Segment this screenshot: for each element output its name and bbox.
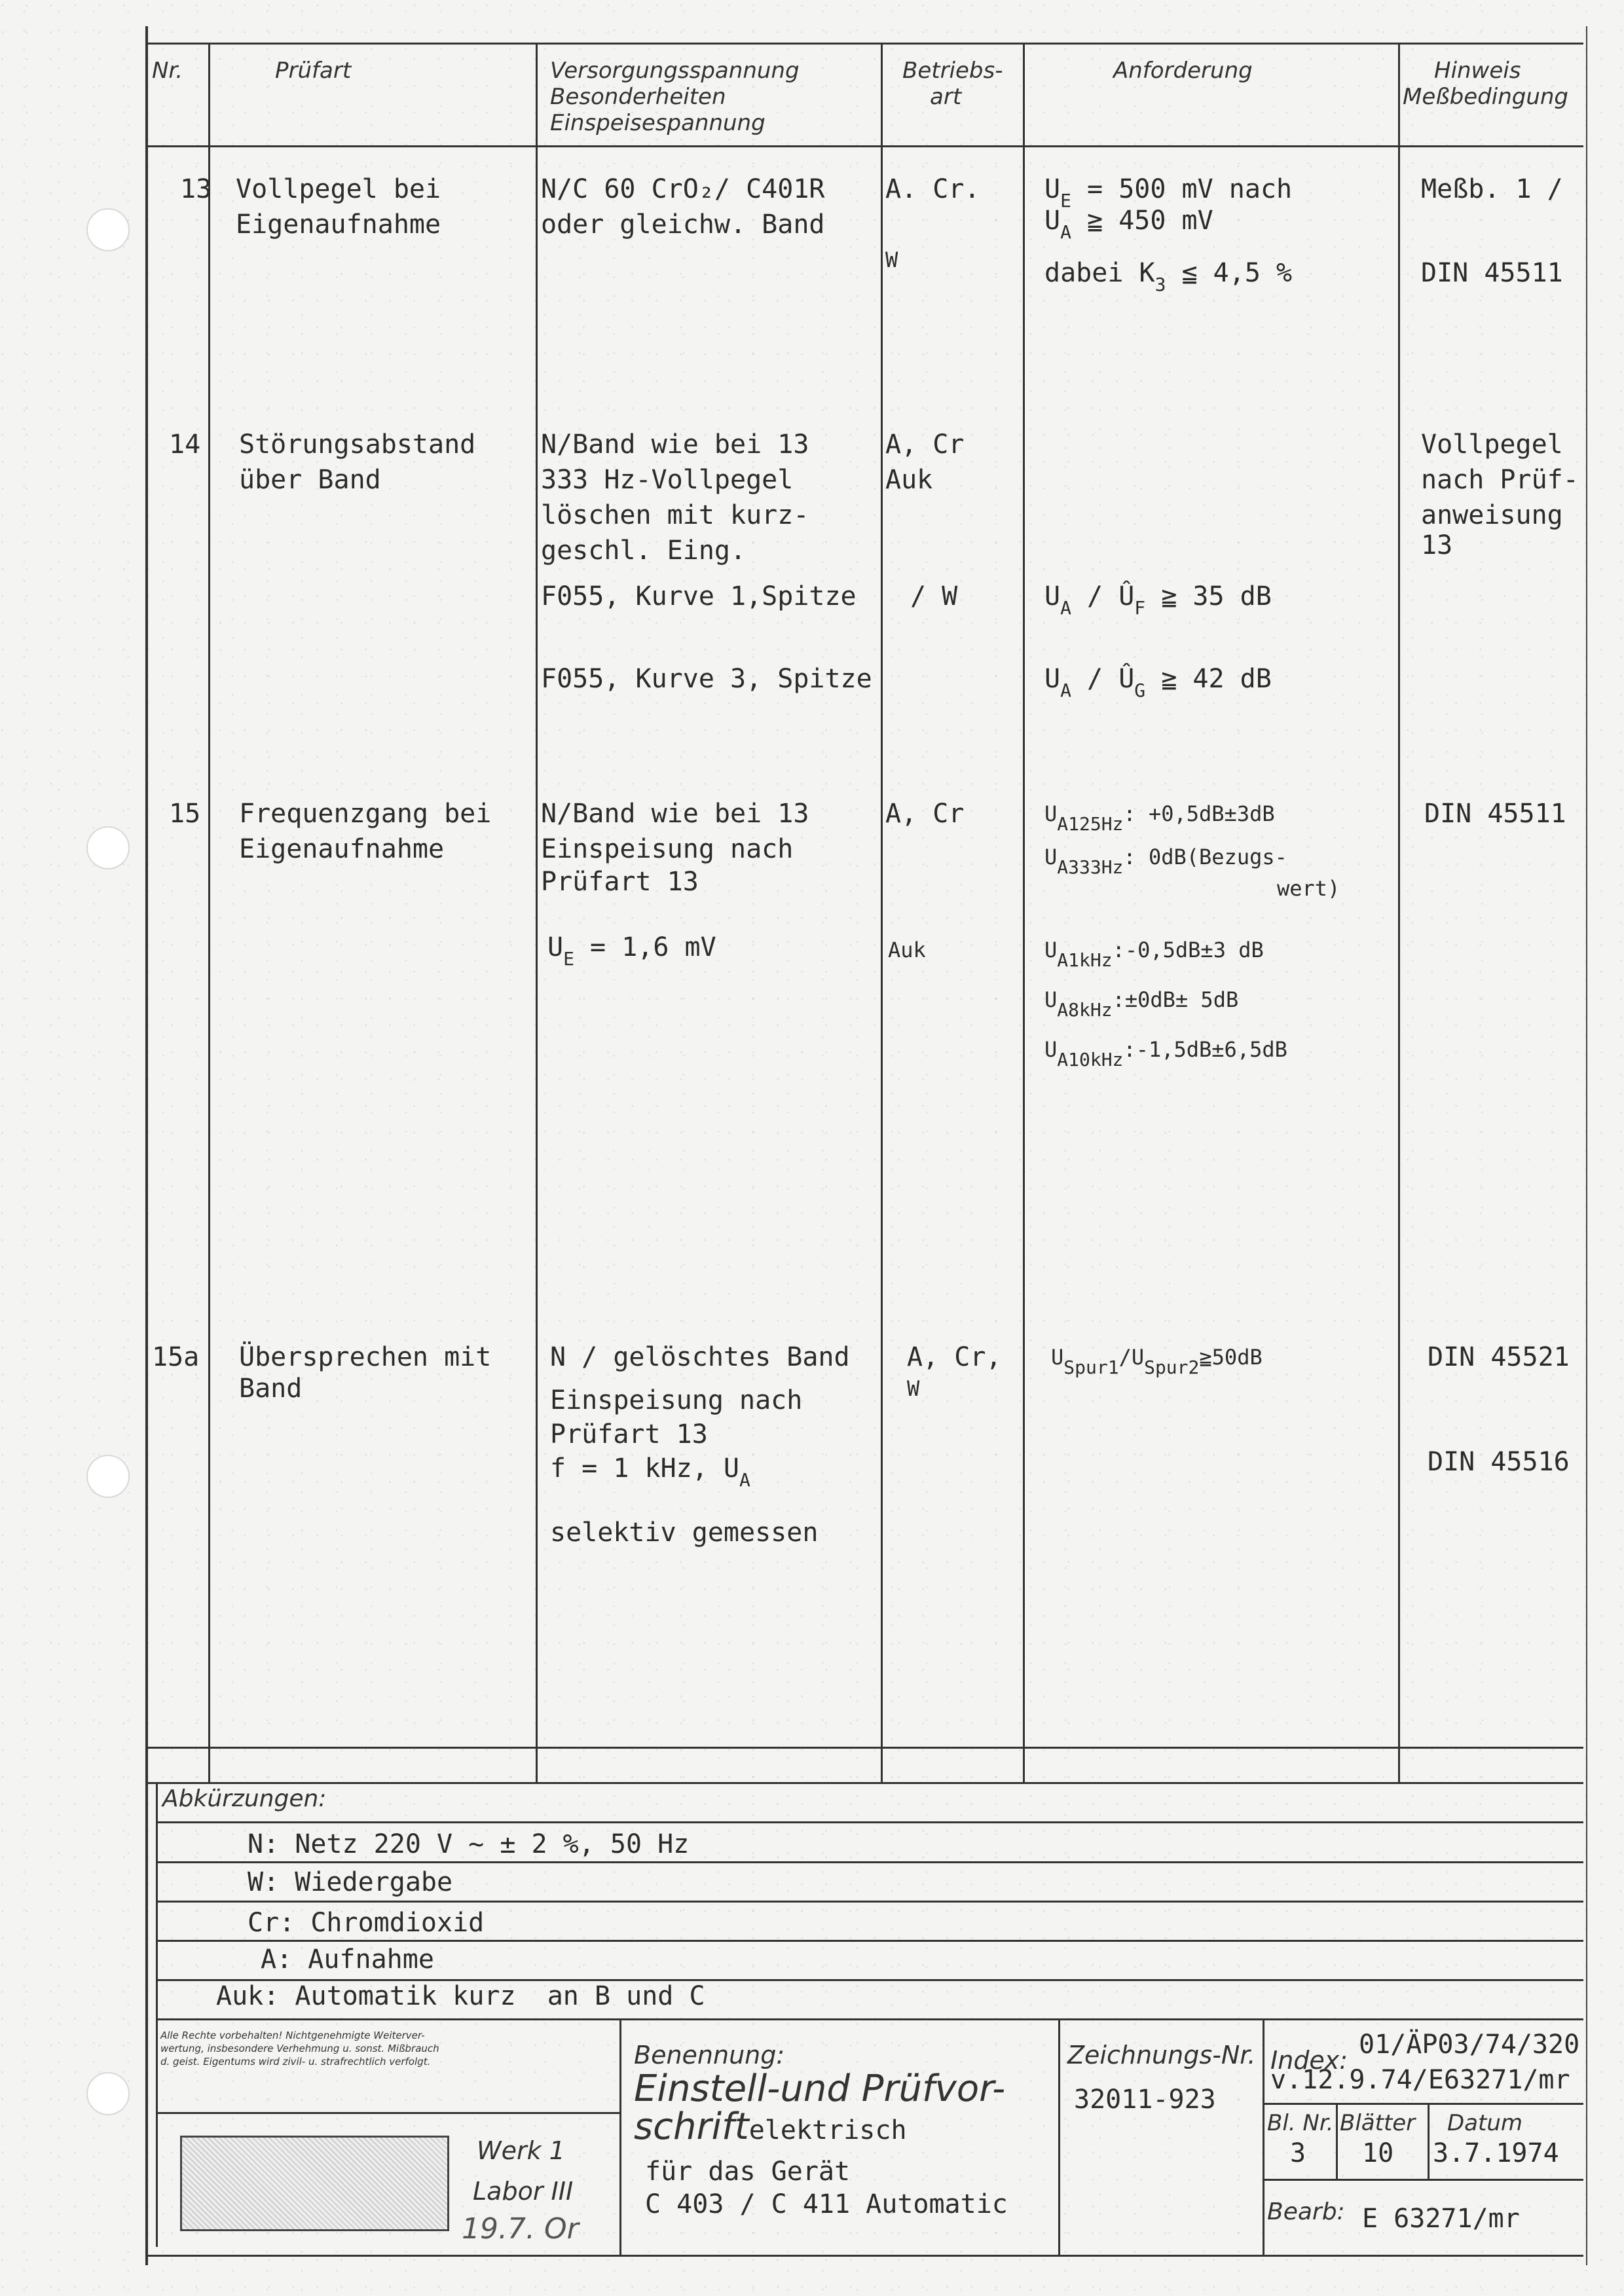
row-13-betriebsart-1: A. Cr. [885,172,980,207]
header-versorgung-3: Einspeisespannung [550,110,766,136]
divider [147,145,1583,147]
header-nr: Nr. [152,58,183,84]
bearb-label: Bearb: [1267,2195,1345,2230]
row-15-anforderung-2: UA333Hz: 0dB(Bezugs- [1044,839,1287,885]
row-15a-versorgung-5: selektiv gemessen [550,1515,818,1550]
row-14-hinweis-4: 13 [1421,528,1452,563]
stamp-box [180,2136,449,2231]
row-13-hinweis-1: Meßb. 1 / [1421,172,1563,207]
row-14-hinweis-2: nach Prüf- [1421,462,1579,498]
rights-notice-2: wertung, insbesondere Verhehmung u. sons… [160,2043,439,2055]
punch-hole [86,208,130,251]
benennung-line-1: für das Gerät [645,2154,850,2189]
divider [147,1747,1583,1749]
blaetter-value: 10 [1362,2136,1393,2171]
row-13-pruefart-2: Eigenaufnahme [236,207,441,242]
row-15a-versorgung-4: f = 1 kHz, UA [550,1451,750,1498]
row-14-versorgung-3: löschen mit kurz- [541,498,809,533]
divider [156,1821,1583,1823]
row-13-nr: 13 [180,172,212,207]
row-15a-versorgung-3: Prüfart 13 [550,1417,708,1452]
labor-label: Labor III [473,2174,573,2209]
divider [1398,43,1400,1782]
benennung-suffix: elektrisch [749,2115,907,2145]
abbreviation-item: N: Netz 220 V ~ ± 2 %, 50 Hz [248,1827,689,1862]
row-14-versorgung-6: F055, Kurve 3, Spitze [541,661,872,697]
row-15a-pruefart-2: Band [239,1371,302,1406]
row-14-pruefart-1: Störungsabstand [239,427,475,462]
divider [881,43,883,1782]
row-13-anforderung-3: dabei K3 ≦ 4,5 % [1044,255,1292,302]
row-15a-versorgung-1: N / gelöschtes Band [550,1339,850,1375]
divider [156,2018,1583,2020]
datum-value: 3.7.1974 [1433,2136,1559,2171]
header-versorgung-1: Versorgungsspannung [550,58,800,84]
abbreviation-item: A: Aufnahme [261,1942,434,1977]
row-15a-nr: 15a [152,1339,199,1375]
divider [208,43,210,1782]
row-13-versorgung-1: N/C 60 CrO₂/ C401R [541,172,824,207]
row-15-anforderung-1: UA125Hz: +0,5dB±3dB [1044,796,1275,842]
row-14-versorgung-1: N/Band wie bei 13 [541,427,809,462]
divider [147,2255,1583,2257]
row-14-anforderung-2: UA / ÛG ≧ 42 dB [1044,661,1272,708]
row-15-anforderung-6: UA10kHz:-1,5dB±6,5dB [1044,1032,1287,1078]
row-15a-versorgung-2: Einspeisung nach [550,1383,802,1418]
row-15-versorgung-1: N/Band wie bei 13 [541,796,809,831]
divider [1336,2103,1338,2179]
row-15-nr: 15 [169,796,200,831]
divider [156,1782,158,2247]
header-pruefart: Prüfart [275,58,351,84]
row-15-versorgung-3: Prüfart 13 [541,864,699,900]
row-14-versorgung-4: geschl. Eing. [541,533,746,568]
index-value-1: 01/ÄP03/74/320 [1359,2027,1579,2062]
row-15-betriebsart-2: Auk [888,932,926,968]
header-versorgung-2: Besonderheiten [550,84,726,110]
zeichnung-value: 32011-923 [1074,2082,1216,2117]
header-hinweis-2: Meßbedingung [1403,84,1568,110]
abbreviation-item: Cr: Chromdioxid [248,1905,484,1941]
row-14-betriebsart-3: / W [910,579,957,614]
row-14-versorgung-5: F055, Kurve 1,Spitze [541,579,857,614]
divider [1428,2103,1430,2179]
row-13-hinweis-2: DIN 45511 [1421,255,1563,291]
row-14-betriebsart-2: Auk [885,462,932,498]
row-15-versorgung-2: Einspeisung nach [541,831,793,867]
abbreviations-title: Abkürzungen: [162,1786,326,1812]
row-15a-anforderung-1: USpur1/USpur2≧50dB [1051,1339,1263,1385]
row-15-pruefart-1: Frequenzgang bei [239,796,491,831]
row-15a-betriebsart-2: W [907,1371,919,1406]
row-13-betriebsart-2: W [885,242,898,278]
row-15-anforderung-4: UA1kHz:-0,5dB±3 dB [1044,932,1264,978]
divider [619,2020,621,2256]
header-betriebsart-1: Betriebs- [902,58,1003,84]
punch-hole [86,1455,130,1498]
rights-notice-1: Alle Rechte vorbehalten! Nichtgenehmigte… [160,2030,425,2042]
divider [156,2112,619,2114]
row-15a-hinweis-2: DIN 45516 [1428,1444,1570,1480]
benennung-title-2: schriftelektrisch [634,2109,907,2148]
benennung-title-1: Einstell-und Prüfvor- [634,2069,1005,2109]
bearb-value: E 63271/mr [1362,2201,1520,2236]
row-14-anforderung-1: UA / ÛF ≧ 35 dB [1044,579,1272,626]
divider [147,43,1583,45]
row-15-anforderung-3: wert) [1277,871,1340,906]
rights-notice-3: d. geist. Eigentums wird zivil- u. straf… [160,2056,430,2068]
punch-hole [86,2072,130,2115]
row-14-nr: 14 [169,427,200,462]
divider [1023,43,1025,1782]
row-15-pruefart-2: Eigenaufnahme [239,831,444,867]
abbreviation-item: Auk: Automatik kurz an B und C [216,1978,705,2014]
bl-nr-value: 3 [1290,2136,1306,2171]
row-15a-hinweis-1: DIN 45521 [1428,1339,1570,1375]
row-13-anforderung-2: UA ≧ 450 mV [1044,203,1213,250]
abbreviation-item: W: Wiedergabe [248,1865,452,1900]
row-13-pruefart-1: Vollpegel bei [236,172,441,207]
divider [1263,2179,1583,2181]
divider [147,1782,1583,1784]
benennung-title-schrift: schrift [634,2105,749,2148]
divider [1263,2103,1583,2105]
row-15a-pruefart-1: Übersprechen mit [239,1339,491,1375]
divider [1263,2020,1264,2256]
row-15-anforderung-5: UA8kHz:±0dB± 5dB [1044,982,1238,1028]
index-value-2: v.12.9.74/E63271/mr [1270,2062,1570,2098]
row-15-betriebsart-1: A, Cr [885,796,964,831]
zeichnung-label: Zeichnungs-Nr. [1067,2037,1255,2073]
signature: 19.7. Or [462,2212,579,2247]
header-anforderung: Anforderung [1113,58,1253,84]
row-15a-betriebsart-1: A, Cr, [907,1339,1002,1375]
divider [156,1901,1583,1903]
row-13-versorgung-2: oder gleichw. Band [541,207,824,242]
header-betriebsart-2: art [930,84,961,110]
punch-hole [86,826,130,869]
divider [1058,2020,1060,2256]
row-14-pruefart-2: über Band [239,462,381,498]
row-14-betriebsart-1: A, Cr [885,427,964,462]
werk-label: Werk 1 [477,2133,565,2168]
header-hinweis-1: Hinweis [1434,58,1521,84]
divider [536,43,538,1782]
row-14-hinweis-1: Vollpegel [1421,427,1563,462]
benennung-line-2: C 403 / C 411 Automatic [645,2187,1008,2222]
row-15-versorgung-4: UE = 1,6 mV [547,930,716,977]
row-15-hinweis-1: DIN 45511 [1424,796,1566,831]
row-14-versorgung-2: 333 Hz-Vollpegel [541,462,793,498]
